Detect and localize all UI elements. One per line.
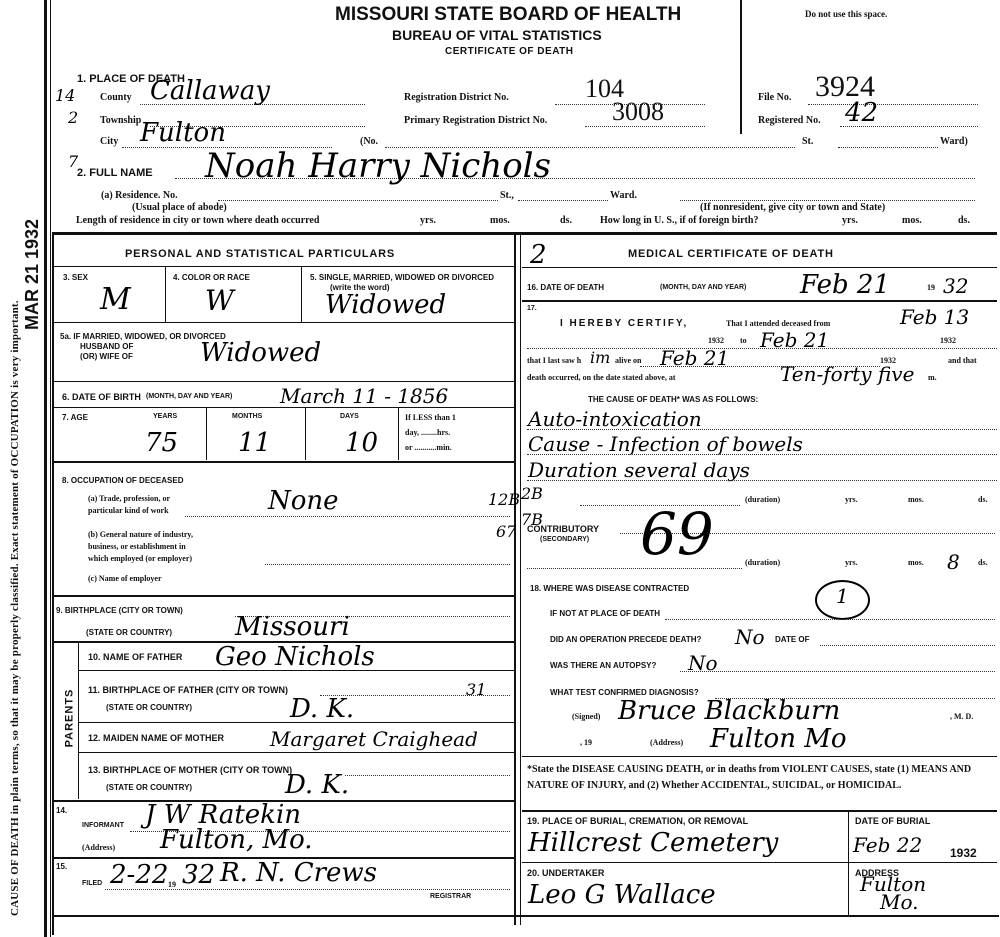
cause-footnote: *State the DISEASE CAUSING DEATH, or in … <box>527 762 997 794</box>
length-of-residence-label: Length of residence in city or town wher… <box>76 215 319 226</box>
race-label: 4. COLOR OR RACE <box>173 273 250 282</box>
certificate-title: CERTIFICATE OF DEATH <box>445 46 574 57</box>
father-birthplace-value: D. K. <box>290 694 354 724</box>
not-at-place-label: IF NOT AT PLACE OF DEATH <box>550 609 660 618</box>
marital-value: Widowed <box>325 290 446 320</box>
usual-abode-label: (Usual place of abode) <box>132 202 227 213</box>
column-divider-inner <box>520 235 521 925</box>
marital-label: 5. SINGLE, MARRIED, WIDOWED OR DIVORCED <box>310 273 494 282</box>
large-code: 69 <box>640 500 714 568</box>
item-17-num: 17. <box>527 305 537 312</box>
received-stamp: MAR 21 1932 <box>22 210 43 330</box>
age-years-value: 75 <box>145 428 178 458</box>
margin-code-township: 2 <box>68 108 78 127</box>
burial-place-label: 19. PLACE OF BURIAL, CREMATION, OR REMOV… <box>527 816 748 826</box>
header-rule <box>52 232 997 235</box>
parents-label: PARENTS <box>63 689 75 748</box>
age-days-value: 10 <box>345 428 378 458</box>
duration-mos-2: mos. <box>908 558 924 567</box>
board-title: MISSOURI STATE BOARD OF HEALTH <box>335 4 681 26</box>
age-months-label: MONTHS <box>232 413 262 420</box>
city-label: City <box>100 136 118 147</box>
circled-code: 1 <box>836 584 849 608</box>
occ-c-label: (c) Name of employer <box>88 574 162 583</box>
margin-instructions: CAUSE OF DEATH in plain terms, so that i… <box>9 6 21 916</box>
am-pm-label: m. <box>928 373 937 382</box>
mother-value: Margaret Craighead <box>270 727 478 751</box>
mother-label: 12. MAIDEN NAME OF MOTHER <box>88 733 224 743</box>
dob-label: 6. DATE OF BIRTH <box>62 392 141 402</box>
informant-address-value: Fulton, Mo. <box>160 825 313 855</box>
occ-a-label-2: particular kind of work <box>88 506 169 515</box>
and-that-label: and that <box>948 356 977 365</box>
registrar-label: REGISTRAR <box>430 893 471 900</box>
mother-birthplace-state-label: (STATE OR COUNTRY) <box>106 783 192 792</box>
occ-code-2: 67 <box>496 522 516 541</box>
personal-section-title: PERSONAL AND STATISTICAL PARTICULARS <box>125 248 395 260</box>
full-name-value: Noah Harry Nichols <box>205 146 551 186</box>
filed-year-value: 32 <box>182 860 215 890</box>
dod-label: 16. DATE OF DEATH <box>527 283 604 292</box>
duration-yrs-2: yrs. <box>845 558 858 567</box>
father-birthplace-state-label: (STATE OR COUNTRY) <box>106 703 192 712</box>
residence-ward-label: Ward. <box>610 190 637 201</box>
sex-value: M <box>100 282 131 317</box>
physician-address-value: Fulton Mo <box>710 724 847 754</box>
medical-section-title: MEDICAL CERTIFICATE OF DEATH <box>628 248 834 260</box>
less-than-day-2: day, ........hrs. <box>405 428 450 437</box>
father-birthplace-label: 11. BIRTHPLACE OF FATHER (CITY OR TOWN) <box>88 685 288 695</box>
dod-hint: (MONTH, DAY AND YEAR) <box>660 284 746 291</box>
registrar-value: R. N. Crews <box>220 858 377 888</box>
signed-label: (Signed) <box>572 712 600 721</box>
informant-address-label: (Address) <box>82 843 115 852</box>
attended-from-value: Feb 13 <box>900 305 969 329</box>
certify-text: That I attended deceased from <box>726 319 830 328</box>
city-value: Fulton <box>140 118 226 148</box>
residence-label: (a) Residence. No. <box>101 190 178 201</box>
filed-num: 15. <box>56 862 67 871</box>
informant-num: 14. <box>56 806 67 815</box>
length-yrs-label: yrs. <box>420 215 436 226</box>
birthplace-label: 9. BIRTHPLACE (CITY OR TOWN) <box>56 606 183 615</box>
attended-to-value: Feb 21 <box>760 328 829 352</box>
residence-st-label: St., <box>500 190 514 201</box>
race-value: W <box>205 284 234 317</box>
age-months-value: 11 <box>238 428 271 458</box>
informant-label: INFORMANT <box>82 822 124 829</box>
personal-left-border <box>52 235 54 935</box>
city-st-label: St. <box>802 136 813 147</box>
registered-no-label: Registered No. <box>758 115 821 126</box>
alive-on-label: alive on <box>615 356 641 365</box>
registration-district-label: Registration District No. <box>404 92 509 103</box>
column-divider <box>514 235 516 925</box>
township-label: Township <box>100 115 141 126</box>
cause-line-3: Duration several days <box>528 458 750 482</box>
do-not-use-note: Do not use this space. <box>805 9 887 19</box>
time-of-death-value: Ten-forty five <box>780 362 914 386</box>
burial-date-label: DATE OF BURIAL <box>855 816 930 826</box>
occ-a-label-1: (a) Trade, profession, or <box>88 494 170 503</box>
signed-date-19: , 19 <box>580 738 592 747</box>
burial-year-value: 1932 <box>950 846 977 860</box>
full-name-label: 2. FULL NAME <box>77 167 153 179</box>
birthplace-value: Missouri <box>235 612 350 642</box>
last-saw-pronoun: im <box>590 348 610 367</box>
length-ds-label: ds. <box>560 215 572 226</box>
dod-year-value: 32 <box>943 274 968 298</box>
left-border-inner <box>50 0 51 937</box>
birthplace-state-label: (STATE OR COUNTRY) <box>86 628 172 637</box>
operation-value: No <box>735 625 765 649</box>
last-saw-label: that I last saw h <box>527 356 581 365</box>
medical-section-mark: 2 <box>530 240 547 270</box>
undertaker-address-2: Mo. <box>880 890 919 914</box>
spouse-label-2: HUSBAND OF <box>80 342 133 351</box>
mother-birthplace-value: D. K. <box>285 770 349 800</box>
burial-date-value: Feb 22 <box>853 833 922 857</box>
mother-birthplace-label: 13. BIRTHPLACE OF MOTHER (CITY OR TOWN) <box>88 765 292 775</box>
secondary-label: (SECONDARY) <box>540 536 589 543</box>
county-value: Callaway <box>150 76 270 106</box>
occupation-label: 8. OCCUPATION OF DECEASED <box>62 476 184 485</box>
cause-code: 2B <box>521 484 543 503</box>
dob-hint: (MONTH, DAY AND YEAR) <box>146 393 232 400</box>
foreign-mos-label: mos. <box>902 215 922 226</box>
filed-label: FILED <box>82 880 102 887</box>
burial-place-value: Hillcrest Cemetery <box>528 828 778 858</box>
spouse-value: Widowed <box>200 338 321 368</box>
primary-district-value: 3008 <box>612 97 664 127</box>
age-label: 7. AGE <box>62 413 88 422</box>
undertaker-value: Leo G Wallace <box>528 880 716 910</box>
father-birthplace-code: 31 <box>466 680 486 699</box>
operation-date-label: DATE OF <box>775 635 810 644</box>
dob-value: March 11 - 1856 <box>280 384 448 408</box>
length-mos-label: mos. <box>490 215 510 226</box>
nonresident-label: (If nonresident, give city or town and S… <box>700 202 885 213</box>
duration-label-1: (duration) <box>745 495 780 504</box>
occ-b-label-3: which employed (or employer) <box>88 554 192 563</box>
file-no-label: File No. <box>758 92 791 103</box>
md-label: , M. D. <box>950 712 973 721</box>
attended-from-year: 1932 <box>708 336 724 345</box>
death-occurred-label: death occurred, on the date stated above… <box>527 373 676 382</box>
duration-yrs-1: yrs. <box>845 495 858 504</box>
margin-code-county: 14 <box>55 86 75 105</box>
father-value: Geo Nichols <box>215 642 375 672</box>
certify-label: I HEREBY CERTIFY, <box>560 318 688 329</box>
attended-to-label: to <box>740 336 747 345</box>
header-divider <box>740 0 742 134</box>
signed-value: Bruce Blackburn <box>618 696 840 726</box>
county-label: County <box>100 92 132 103</box>
occ-b-label-2: business, or establishment in <box>88 542 186 551</box>
duration-mos-1: mos. <box>908 495 924 504</box>
undertaker-label: 20. UNDERTAKER <box>527 868 604 878</box>
foreign-yrs-label: yrs. <box>842 215 858 226</box>
occupation-value: None <box>268 486 339 516</box>
foreign-birth-label: How long in U. S., if of foreign birth? <box>600 215 758 226</box>
attended-to-year: 1932 <box>940 336 956 345</box>
duration-label-2: (duration) <box>745 558 780 567</box>
sex-label: 3. SEX <box>63 273 88 282</box>
left-border <box>44 0 47 937</box>
cause-line-1: Auto-intoxication <box>528 407 702 431</box>
occ-b-label-1: (b) General nature of industry, <box>88 530 193 539</box>
contributory-days: 8 <box>947 550 960 574</box>
cause-line-2: Cause - Infection of bowels <box>528 432 803 456</box>
dod-19-label: 19 <box>927 283 935 292</box>
spouse-label-3: (OR) WIFE OF <box>80 352 133 361</box>
filed-19-label: 19 <box>168 880 176 889</box>
bureau-title: BUREAU OF VITAL STATISTICS <box>392 27 602 43</box>
duration-ds-1: ds. <box>978 495 988 504</box>
duration-ds-2: ds. <box>978 558 988 567</box>
autopsy-label: WAS THERE AN AUTOPSY? <box>550 661 656 670</box>
foreign-ds-label: ds. <box>958 215 970 226</box>
cause-label: THE CAUSE OF DEATH* WAS AS FOLLOWS: <box>588 395 758 404</box>
contracted-label: 18. WHERE WAS DISEASE CONTRACTED <box>530 584 689 593</box>
physician-address-label: (Address) <box>650 738 683 747</box>
less-than-day-1: If LESS than 1 <box>405 413 456 422</box>
occ-code-1: 12B <box>488 490 520 509</box>
less-than-day-3: or ...........min. <box>405 443 452 452</box>
filed-date-value: 2-22 <box>110 860 168 890</box>
operation-label: DID AN OPERATION PRECEDE DEATH? <box>550 635 701 644</box>
city-ward-label: Ward) <box>940 136 968 147</box>
dod-value: Feb 21 <box>800 270 890 300</box>
contributory-label: CONTRIBUTORY <box>527 524 599 534</box>
father-label: 10. NAME OF FATHER <box>88 652 182 662</box>
registered-no-value: 42 <box>845 98 878 128</box>
age-years-label: YEARS <box>153 413 177 420</box>
primary-district-label: Primary Registration District No. <box>404 115 547 126</box>
age-days-label: DAYS <box>340 413 359 420</box>
